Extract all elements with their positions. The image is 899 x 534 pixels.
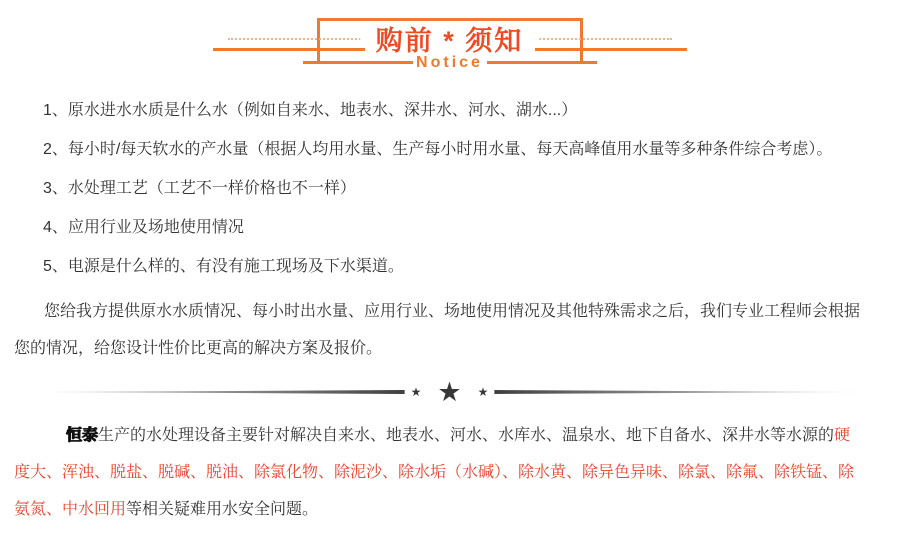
small-star-icon: ★ [478,377,489,407]
header-bottom-line-right [487,61,597,64]
notice-list: 1、原水进水水质是什么水（例如自来水、地表水、深井水、河水、湖水...） 2、每… [43,98,864,280]
product-paragraph: 恒泰生产的水处理设备主要针对解决自来水、地表水、河水、水库水、温泉水、地下自备水… [14,417,864,528]
notice-header: 购前 * 须知 Notice [0,0,899,88]
notice-list-item-1: 1、原水进水水质是什么水（例如自来水、地表水、深井水、河水、湖水...） [43,98,864,124]
header-solid-line-left [213,48,365,51]
divider-line-left [42,390,405,394]
header-solid-line-right [535,48,687,51]
header-bottom-line-left [303,61,413,64]
summary-paragraph: 您给我方提供原水水质情况、每小时出水量、应用行业、场地使用情况及其他特殊需求之后… [14,293,864,367]
notice-list-item-4: 4、应用行业及场地使用情况 [43,215,864,241]
notice-list-item-2: 2、每小时/每天软水的产水量（根据人均用水量、生产每小时用水量、每天高峰值用水量… [43,137,864,163]
notice-list-item-3: 3、水处理工艺（工艺不一样价格也不一样） [43,176,864,202]
brand-logo-text: 恒泰 [66,427,98,444]
divider-line-right [494,390,857,394]
product-text-2: 等相关疑难用水安全问题。 [126,501,318,518]
pre-purchase-notice-section: 购前 * 须知 Notice 1、原水进水水质是什么水（例如自来水、地表水、深井… [0,0,899,534]
star-divider: ★ ★ ★ [42,377,857,407]
small-star-icon: ★ [411,377,422,407]
header-subtitle: Notice [416,53,483,73]
product-text-1: 生产的水处理设备主要针对解决自来水、地表水、河水、水库水、温泉水、地下自备水、深… [98,427,834,444]
big-star-icon: ★ [437,377,461,407]
notice-list-item-5: 5、电源是什么样的、有没有施工现场及下水渠道。 [43,254,864,280]
